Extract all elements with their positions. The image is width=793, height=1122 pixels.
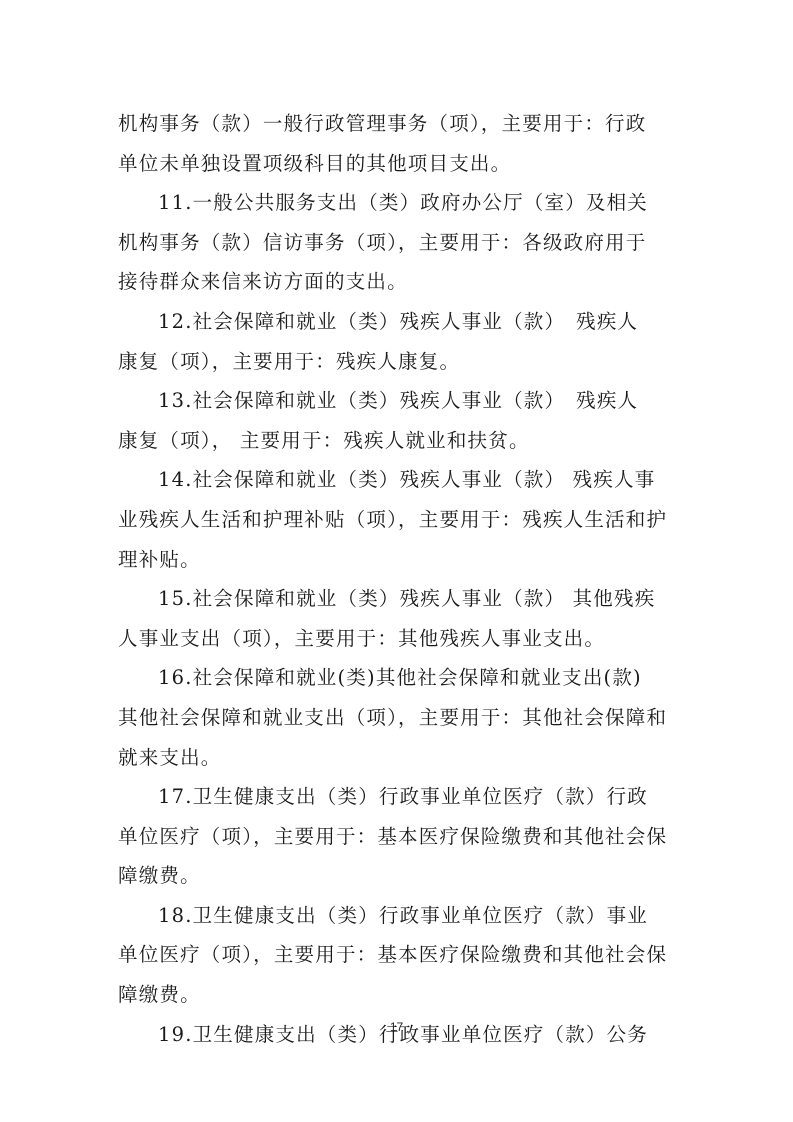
text-line: 机构事务（款）信访事务（项），主要用于：各级政府用于 bbox=[118, 223, 678, 263]
text-line: 其他社会保障和就业支出（项），主要用于：其他社会保障和 bbox=[118, 698, 678, 738]
text-line: 人事业支出（项），主要用于：其他残疾人事业支出。 bbox=[118, 619, 678, 659]
list-item-11: 11.一般公共服务支出（类）政府办公厅（室）及相关 bbox=[118, 183, 678, 223]
document-page: 机构事务（款）一般行政管理事务（项），主要用于：行政 单位未单独设置项级科目的其… bbox=[0, 0, 793, 1122]
list-item-18: 18.卫生健康支出（类）行政事业单位医疗（款）事业 bbox=[118, 896, 678, 936]
text-line: 障缴费。 bbox=[118, 975, 678, 1015]
list-item-17: 17.卫生健康支出（类）行政事业单位医疗（款）行政 bbox=[118, 777, 678, 817]
text-line: 接待群众来信来访方面的支出。 bbox=[118, 262, 678, 302]
page-number: 17 bbox=[0, 1020, 793, 1034]
list-item-16: 16.社会保障和就业(类)其他社会保障和就业支出(款) bbox=[118, 658, 678, 698]
list-item-15: 15.社会保障和就业（类）残疾人事业（款） 其他残疾 bbox=[118, 579, 678, 619]
text-line: 机构事务（款）一般行政管理事务（项），主要用于：行政 bbox=[118, 104, 678, 144]
text-line: 业残疾人生活和护理补贴（项），主要用于：残疾人生活和护 bbox=[118, 500, 678, 540]
text-line: 单位医疗（项），主要用于：基本医疗保险缴费和其他社会保 bbox=[118, 935, 678, 975]
body-text: 机构事务（款）一般行政管理事务（项），主要用于：行政 单位未单独设置项级科目的其… bbox=[118, 104, 678, 1054]
text-line: 康复（项）， 主要用于：残疾人就业和扶贫。 bbox=[118, 421, 678, 461]
list-item-13: 13.社会保障和就业（类）残疾人事业（款） 残疾人 bbox=[118, 381, 678, 421]
list-item-14: 14.社会保障和就业（类）残疾人事业（款） 残疾人事 bbox=[118, 460, 678, 500]
text-line: 单位医疗（项），主要用于：基本医疗保险缴费和其他社会保 bbox=[118, 817, 678, 857]
text-line: 理补贴。 bbox=[118, 540, 678, 580]
text-line: 康复（项），主要用于：残疾人康复。 bbox=[118, 342, 678, 382]
text-line: 单位未单独设置项级科目的其他项目支出。 bbox=[118, 144, 678, 184]
text-line: 就来支出。 bbox=[118, 738, 678, 778]
text-line: 障缴费。 bbox=[118, 856, 678, 896]
list-item-12: 12.社会保障和就业（类）残疾人事业（款） 残疾人 bbox=[118, 302, 678, 342]
